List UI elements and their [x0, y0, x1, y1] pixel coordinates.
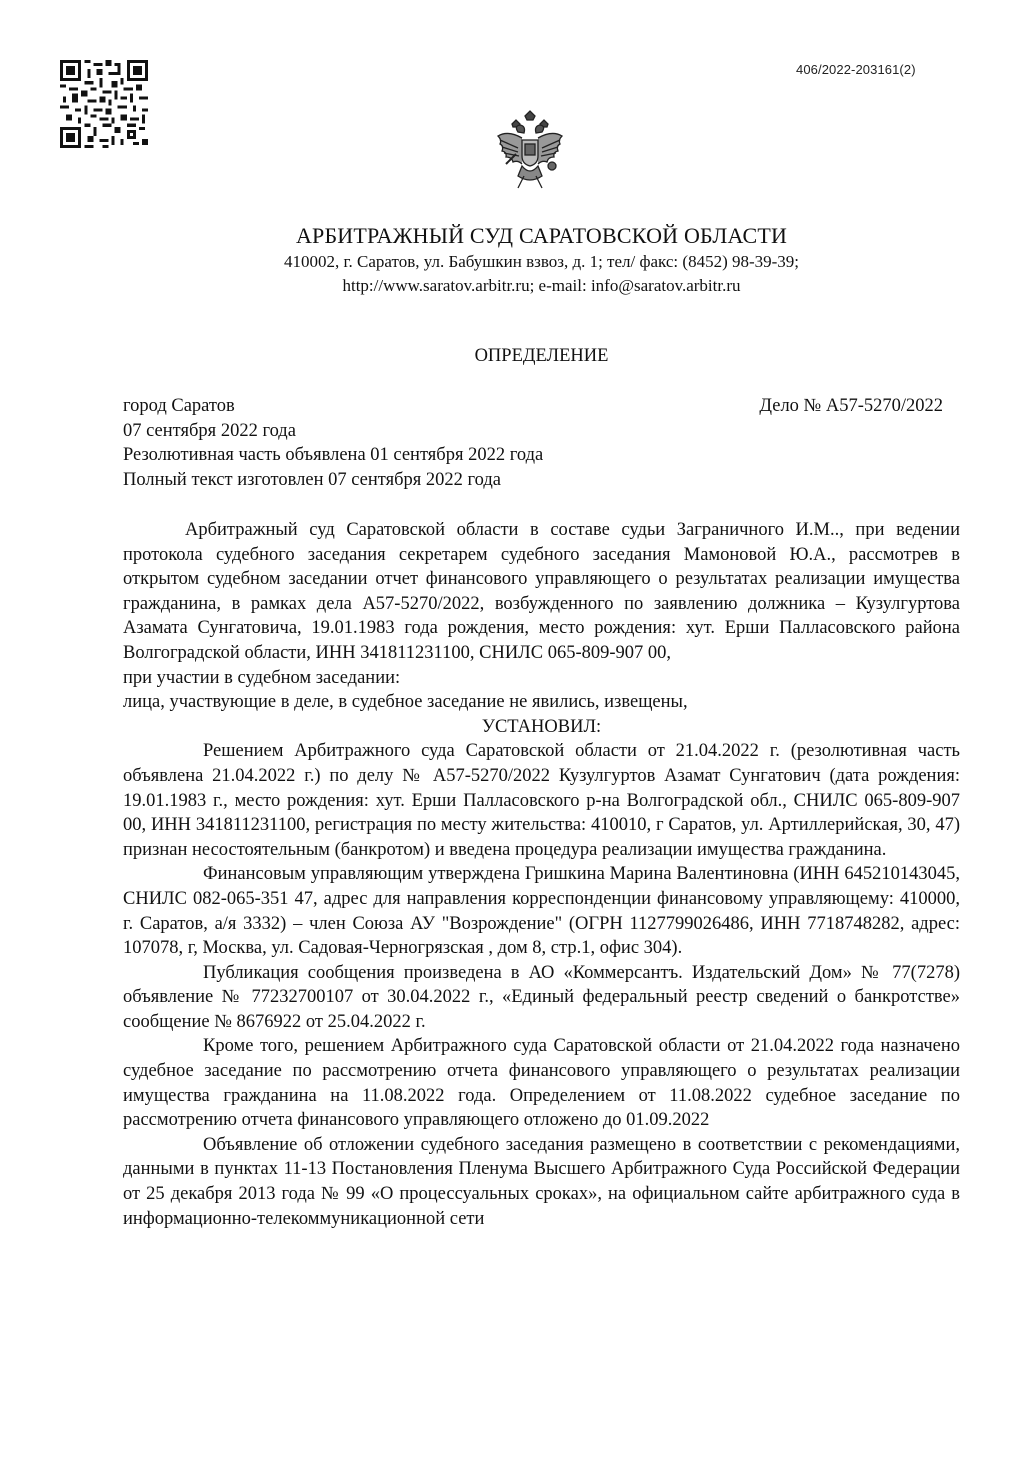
body-paragraph: Решением Арбитражного суда Саратовской о… [123, 739, 960, 862]
participation-line: при участии в судебном заседании: [123, 666, 960, 691]
qr-code-icon [60, 60, 148, 148]
court-address: 410002, г. Саратов, ул. Бабушкин взвоз, … [0, 250, 1033, 274]
full-text-prepared: Полный текст изготовлен 07 сентября 2022… [123, 468, 943, 493]
body-paragraph: Кроме того, решением Арбитражного суда С… [123, 1034, 960, 1132]
body-paragraph: Публикация сообщения произведена в АО «К… [123, 961, 960, 1035]
russian-coat-of-arms-icon [494, 110, 566, 194]
document-meta: город Саратов Дело № А57-5270/2022 07 се… [123, 394, 943, 492]
participants-line: лица, участвующие в деле, в судебное зас… [123, 690, 960, 715]
intro-paragraph: Арбитражный суд Саратовской области в со… [123, 518, 960, 666]
court-contacts: http://www.saratov.arbitr.ru; e-mail: in… [0, 274, 1033, 298]
body-paragraph: Финансовым управляющим утверждена Гришки… [123, 862, 960, 960]
document-registration-number: 406/2022-203161(2) [796, 62, 916, 77]
document-date: 07 сентября 2022 года [123, 419, 943, 444]
court-name: АРБИТРАЖНЫЙ СУД САРАТОВСКОЙ ОБЛАСТИ [0, 222, 1033, 250]
established-heading: УСТАНОВИЛ: [123, 715, 960, 740]
document-body: Арбитражный суд Саратовской области в со… [123, 518, 960, 1231]
body-paragraph: Объявление об отложении судебного заседа… [123, 1133, 960, 1231]
court-header: АРБИТРАЖНЫЙ СУД САРАТОВСКОЙ ОБЛАСТИ 4100… [0, 222, 1033, 298]
document-type-title: ОПРЕДЕЛЕНИЕ [0, 344, 1033, 368]
resolution-announced: Резолютивная часть объявлена 01 сентября… [123, 443, 943, 468]
case-number: Дело № А57-5270/2022 [759, 394, 943, 419]
